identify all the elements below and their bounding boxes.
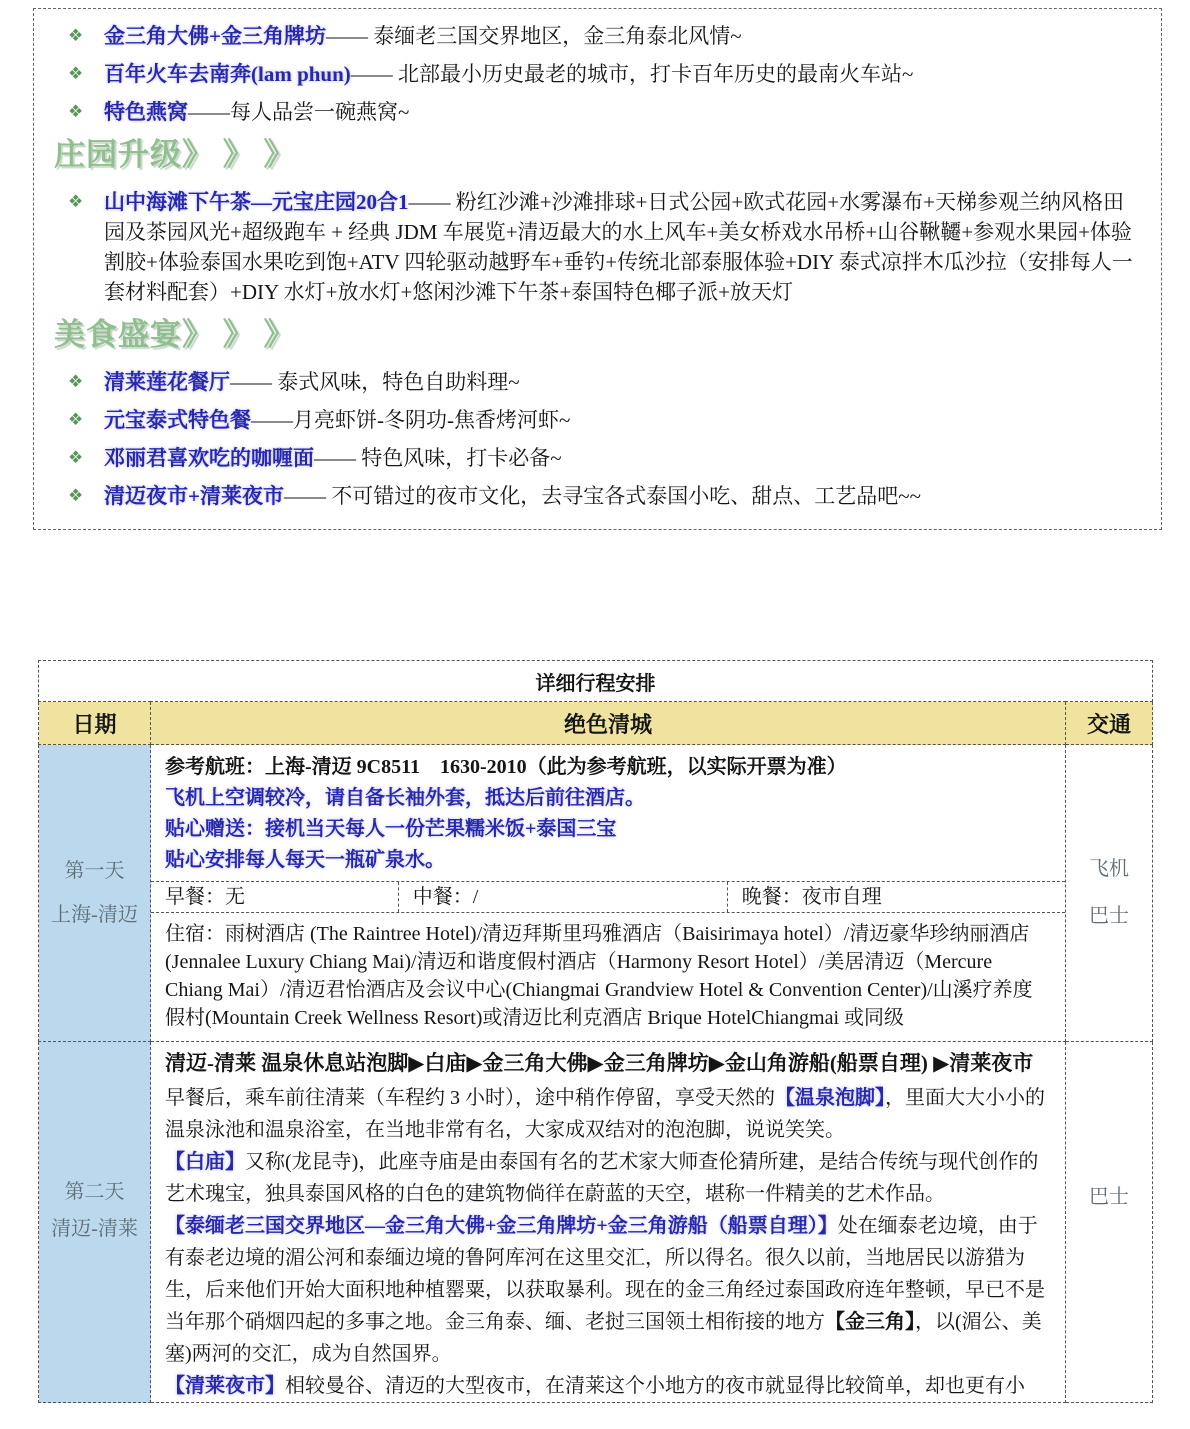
bullet-desc: ——每人品尝一碗燕窝~ [188, 100, 409, 124]
day2-paragraph: 【白庙】又称(龙昆寺)，此座寺庙是由泰国有名的艺术家大师查伦猜所建，是结合传统与… [151, 1146, 1065, 1210]
table-title-row: 详细行程安排 [39, 661, 1153, 702]
table-title: 详细行程安排 [39, 661, 1153, 702]
bullet-title: 清莱莲花餐厅 [104, 370, 230, 394]
bullet-desc: —— 特色风味，打卡必备~ [314, 446, 562, 470]
highlight-list: ❖ 金三角大佛+金三角牌坊—— 泰缅老三国交界地区，金三角泰北风情~ ❖ 百年火… [52, 21, 1143, 127]
diamond-bullet-icon: ❖ [68, 370, 83, 394]
day1-transport-cell: 飞机巴士 [1066, 745, 1153, 1042]
day2-date-cell: 第二天清迈-清莱 [39, 1042, 151, 1403]
bullet-title: 山中海滩下午茶—元宝庄园20合1 [104, 190, 409, 214]
diamond-bullet-icon: ❖ [68, 446, 83, 470]
diamond-bullet-icon: ❖ [68, 62, 83, 86]
bullet-desc: —— 泰缅老三国交界地区，金三角泰北风情~ [326, 24, 742, 48]
document-page: ❖ 金三角大佛+金三角牌坊—— 泰缅老三国交界地区，金三角泰北风情~ ❖ 百年火… [0, 8, 1190, 1403]
day1-note: 贴心安排每人每天一瓶矿泉水。 [165, 845, 1051, 876]
diamond-bullet-icon: ❖ [68, 100, 83, 124]
bullet-desc: —— 泰式风味，特色自助料理~ [230, 370, 520, 394]
day1-flight-block: 参考航班：上海-清迈 9C8511 1630-2010（此为参考航班，以实际开票… [151, 745, 1065, 881]
list-item: ❖ 清莱莲花餐厅—— 泰式风味，特色自助料理~ [52, 367, 1143, 397]
list-item: ❖ 百年火车去南奔(lam phun)—— 北部最小历史最老的城市，打卡百年历史… [52, 59, 1143, 89]
list-item: ❖ 清迈夜市+清莱夜市—— 不可错过的夜市文化，去寻宝各式泰国小吃、甜点、工艺品… [52, 481, 1143, 511]
column-header-transport: 交通 [1066, 702, 1153, 745]
list-item: ❖ 邓丽君喜欢吃的咖喱面—— 特色风味，打卡必备~ [52, 443, 1143, 473]
day1-date-cell: 第一天上海-清迈 [39, 745, 151, 1042]
day2-paragraph: 早餐后，乘车前往清莱（车程约 3 小时），途中稍作停留，享受天然的【温泉泡脚】，… [151, 1082, 1065, 1146]
bullet-desc: ——月亮虾饼-冬阴功-焦香烤河虾~ [251, 408, 570, 432]
estate-section-heading: 庄园升级》 》 》 [54, 135, 1143, 175]
bullet-title: 元宝泰式特色餐 [104, 408, 251, 432]
lunch-cell: 中餐：/ [398, 882, 727, 912]
list-item: ❖ 元宝泰式特色餐——月亮虾饼-冬阴功-焦香烤河虾~ [52, 405, 1143, 435]
day2-paragraph: 【清莱夜市】相较曼谷、清迈的大型夜市，在清莱这个小地方的夜市就显得比较简单，却也… [151, 1370, 1065, 1402]
estate-list: ❖ 山中海滩下午茶—元宝庄园20合1—— 粉红沙滩+沙滩排球+日式公园+欧式花园… [52, 187, 1143, 307]
day2-main-cell: 清迈-清莱 温泉休息站泡脚▶白庙▶金三角大佛▶金三角牌坊▶金山角游船(船票自理)… [151, 1042, 1066, 1403]
flight-info: 参考航班：上海-清迈 9C8511 1630-2010（此为参考航班，以实际开票… [165, 752, 1051, 783]
food-section-heading: 美食盛宴》 》 》 [54, 315, 1143, 355]
list-item: ❖ 山中海滩下午茶—元宝庄园20合1—— 粉红沙滩+沙滩排球+日式公园+欧式花园… [52, 187, 1143, 307]
bullet-title: 金三角大佛+金三角牌坊 [104, 24, 326, 48]
column-header-date: 日期 [39, 702, 151, 745]
day1-hotel-info: 住宿：雨树酒店 (The Raintree Hotel)/清迈拜斯里玛雅酒店（B… [151, 913, 1065, 1041]
day1-note: 飞机上空调较冷，请自备长袖外套，抵达后前往酒店。 [165, 783, 1051, 814]
diamond-bullet-icon: ❖ [68, 484, 83, 508]
diamond-bullet-icon: ❖ [68, 24, 83, 48]
column-header-main: 绝色清城 [151, 702, 1066, 745]
bullet-desc: —— 北部最小历史最老的城市，打卡百年历史的最南火车站~ [351, 62, 914, 86]
bullet-title: 特色燕窝 [104, 100, 188, 124]
bullet-title: 邓丽君喜欢吃的咖喱面 [104, 446, 314, 470]
highlights-box: ❖ 金三角大佛+金三角牌坊—— 泰缅老三国交界地区，金三角泰北风情~ ❖ 百年火… [33, 8, 1162, 530]
diamond-bullet-icon: ❖ [68, 190, 83, 214]
day1-main-cell: 参考航班：上海-清迈 9C8511 1630-2010（此为参考航班，以实际开票… [151, 745, 1066, 1042]
food-list: ❖ 清莱莲花餐厅—— 泰式风味，特色自助料理~ ❖ 元宝泰式特色餐——月亮虾饼-… [52, 367, 1143, 511]
diamond-bullet-icon: ❖ [68, 408, 83, 432]
day2-transport-cell: 巴士 [1066, 1042, 1153, 1403]
day2-paragraph: 【泰缅老三国交界地区—金三角大佛+金三角牌坊+金三角游船（船票自理）】处在缅泰老… [151, 1210, 1065, 1370]
day2-route-line: 清迈-清莱 温泉休息站泡脚▶白庙▶金三角大佛▶金三角牌坊▶金山角游船(船票自理)… [151, 1042, 1065, 1082]
day1-note: 贴心赠送：接机当天每人一份芒果糯米饭+泰国三宝 [165, 814, 1051, 845]
table-row-day1: 第一天上海-清迈 参考航班：上海-清迈 9C8511 1630-2010（此为参… [39, 745, 1153, 1042]
table-header-row: 日期 绝色清城 交通 [39, 702, 1153, 745]
bullet-title: 百年火车去南奔(lam phun) [104, 62, 351, 86]
list-item: ❖ 金三角大佛+金三角牌坊—— 泰缅老三国交界地区，金三角泰北风情~ [52, 21, 1143, 51]
itinerary-table: 详细行程安排 日期 绝色清城 交通 第一天上海-清迈 参考航班：上海-清迈 9C… [38, 660, 1153, 1403]
bullet-desc: —— 不可错过的夜市文化，去寻宝各式泰国小吃、甜点、工艺品吧~~ [284, 484, 921, 508]
dinner-cell: 晚餐：夜市自理 [727, 882, 1065, 912]
breakfast-cell: 早餐：无 [151, 882, 398, 912]
table-row-day2: 第二天清迈-清莱 清迈-清莱 温泉休息站泡脚▶白庙▶金三角大佛▶金三角牌坊▶金山… [39, 1042, 1153, 1403]
bullet-title: 清迈夜市+清莱夜市 [104, 484, 284, 508]
list-item: ❖ 特色燕窝——每人品尝一碗燕窝~ [52, 97, 1143, 127]
day1-meals-row: 早餐：无 中餐：/ 晚餐：夜市自理 [151, 881, 1065, 913]
